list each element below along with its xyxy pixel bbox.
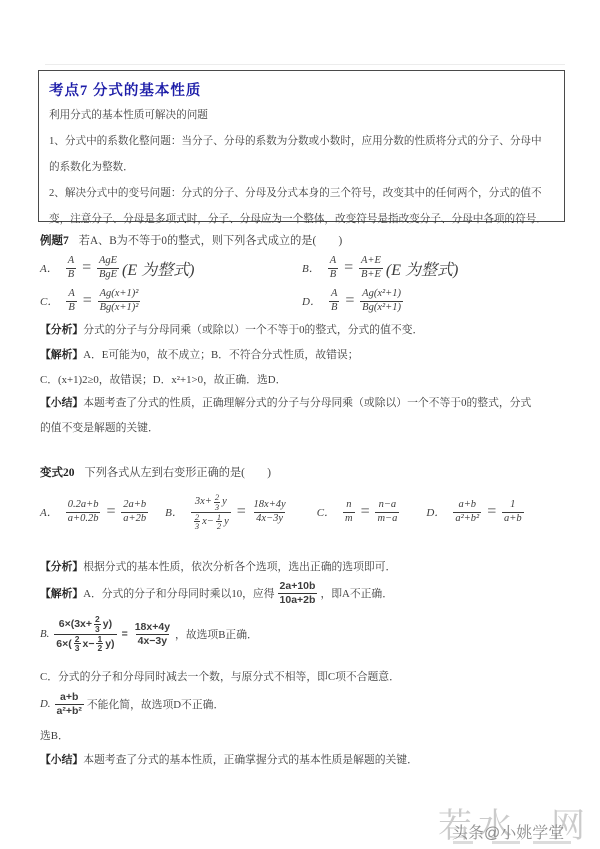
variation20-stem: 变式20下列各式从左到右变形正确的是( ) — [40, 465, 567, 481]
option-b-left-fraction: 3x+23y 23x−12y — [191, 493, 231, 532]
option-c-letter: C． — [40, 293, 58, 309]
equals-sign: = — [344, 292, 355, 310]
key-point-box: 考点7 分式的基本性质 利用分式的基本性质可解决的问题 1、分式中的系数化整问题… — [38, 70, 565, 222]
equals-sign: = — [105, 503, 116, 521]
variation20-option-d: D． a+ba²+b² = 1a+b — [426, 499, 526, 525]
example7-option-a: A． AB = AgEBgE (E 为整式) — [40, 255, 302, 281]
option-a-left-fraction: 0.2a+ba+0.2b — [66, 499, 101, 525]
variation20-option-c: C． nm = n−am−a — [317, 499, 403, 525]
variation20-summary: 【小结】本题考查了分式的基本性质，正确掌握分式的基本性质是解题的关键． — [40, 752, 567, 768]
key-point-title: 考点7 分式的基本性质 — [49, 79, 554, 100]
option-b-right-fraction: 18x+4y4x−3y — [252, 499, 288, 525]
option-c-right-fraction: Ag(x+1)²Bg(x+1)² — [98, 288, 141, 314]
example7-options-row2: C． AB = Ag(x+1)²Bg(x+1)² D． AB = Ag(x²+1… — [40, 284, 567, 318]
option-d-letter: D． — [426, 504, 445, 520]
watermark-small-text-3 — [533, 841, 571, 844]
option-b-left-fraction: AB — [328, 255, 338, 281]
example7-summary-line2: 的值不变是解题的关键． — [40, 420, 567, 436]
variation20-solution-b: B. 6×(3x+23y) 6×(23x−12y) = 18x+4y4x−3y … — [40, 607, 580, 661]
solution-b-left-fraction: 6×(3x+23y) 6×(23x−12y) — [54, 615, 116, 654]
equals-sign: = — [343, 259, 354, 277]
mini-fraction: 23 — [94, 615, 101, 634]
option-b-letter: B． — [165, 504, 183, 520]
solution-label: 【解析】 — [40, 349, 83, 361]
option-a-letter: A． — [40, 260, 58, 276]
summary-label: 【小结】 — [40, 397, 83, 409]
option-b-right-fraction: A+EB+E — [359, 255, 383, 281]
option-d-left-fraction: a+ba²+b² — [453, 499, 481, 525]
summary-label: 【小结】 — [40, 754, 83, 766]
option-a-right-fraction: AgEBgE — [97, 255, 119, 281]
option-d-right-fraction: 1a+b — [502, 499, 524, 525]
option-c-right-fraction: n−am−a — [375, 499, 399, 525]
option-d-letter: D． — [302, 293, 321, 309]
equals-sign: = — [486, 503, 497, 521]
example7-analysis: 【分析】分式的分子与分母同乘（或除以）一个不等于0的整式，分式的值不变． — [40, 322, 567, 338]
key-point-item1-line2: 的系数化为整数． — [49, 155, 554, 181]
option-c-left-fraction: nm — [343, 499, 355, 525]
option-a-letter: A． — [40, 504, 58, 520]
example7-stem-text: 若A、B为不等于0的整式，则下列各式成立的是( ) — [79, 235, 343, 247]
option-c-left-fraction: AB — [66, 288, 76, 314]
analysis-label: 【分析】 — [40, 561, 83, 573]
option-c-letter: C． — [317, 504, 335, 520]
solution-d-label: D. — [40, 698, 51, 710]
solution-b-right-fraction: 18x+4y4x−3y — [133, 621, 172, 647]
watermark-handle: 头条@小姚学堂 — [452, 820, 564, 843]
analysis-label: 【分析】 — [40, 324, 83, 336]
mini-fraction: 23 — [194, 513, 200, 532]
option-b-tail: (E 为整式) — [386, 257, 458, 280]
equals-sign: = — [81, 259, 92, 277]
document-page: 考点7 分式的基本性质 利用分式的基本性质可解决的问题 1、分式中的系数化整问题… — [0, 0, 600, 849]
solution-d-fraction: a+ba²+b² — [55, 691, 84, 717]
variation20-stem-text: 下列各式从左到右变形正确的是( ) — [85, 467, 271, 479]
variation20-label: 变式20 — [40, 467, 75, 479]
example7-stem: 例题7若A、B为不等于0的整式，则下列各式成立的是( ) — [40, 233, 567, 249]
key-point-item1-line1: 1、分式中的系数化整问题：当分子、分母的系数为分数或小数时，应用分数的性质将分式… — [49, 129, 554, 155]
solution-b-label: B. — [40, 628, 49, 640]
solution-a-fraction: 2a+10b10a+2b — [278, 580, 318, 606]
example7-option-c: C． AB = Ag(x+1)²Bg(x+1)² — [40, 288, 302, 314]
equals-sign: = — [122, 628, 128, 640]
example7-label: 例题7 — [40, 235, 69, 247]
equals-sign: = — [82, 292, 93, 310]
variation20-analysis: 【分析】根据分式的基本性质，依次分析各个选项，选出正确的选项即可． — [40, 559, 567, 575]
option-b-letter: B． — [302, 260, 320, 276]
variation20-choose: 选B． — [40, 728, 567, 744]
example7-options-row1: A． AB = AgEBgE (E 为整式) B． AB = A+EB+E (E… — [40, 252, 567, 284]
option-d-right-fraction: Ag(x²+1)Bg(x²+1) — [360, 288, 403, 314]
variation20-options-row: A． 0.2a+ba+0.2b = 2a+ba+2b B． 3x+23y 23x… — [40, 481, 567, 543]
option-d-left-fraction: AB — [329, 288, 339, 314]
watermark-small-text-2 — [492, 841, 520, 844]
variation20-solution-d: D. a+ba²+b² 不能化简，故选项D不正确． — [40, 686, 580, 722]
watermark-small-text-1 — [453, 841, 473, 844]
example7-solution-line1: 【解析】A．E可能为0，故不成立；B．不符合分式性质，故错误； — [40, 347, 567, 363]
mini-fraction: 23 — [214, 493, 220, 512]
solution-label: 【解析】 — [40, 586, 83, 601]
example7-option-b: B． AB = A+EB+E (E 为整式) — [302, 255, 458, 281]
key-point-item2-line2: 变，注意分子、分母是多项式时，分子、分母应为一个整体，改变符号是指改变分子、分母… — [49, 207, 554, 233]
example7-solution-line2: C．(x+1)2≥0，故错误；D．x²+1>0，故正确．选D． — [40, 372, 567, 388]
key-point-intro: 利用分式的基本性质可解决的问题 — [49, 103, 554, 129]
key-point-item2-line1: 2、解决分式中的变号问题：分式的分子、分母及分式本身的三个符号，改变其中的任何两… — [49, 181, 554, 207]
variation20-solution-a: 【解析】 A．分式的分子和分母同时乘以10，应得 2a+10b10a+2b ，即… — [40, 577, 580, 609]
variation20-option-a: A． 0.2a+ba+0.2b = 2a+ba+2b — [40, 499, 151, 525]
page-top-divider — [45, 64, 565, 65]
option-a-tail: (E 为整式) — [122, 257, 194, 280]
option-a-right-fraction: 2a+ba+2b — [121, 499, 148, 525]
example7-option-d: D． AB = Ag(x²+1)Bg(x²+1) — [302, 288, 406, 314]
equals-sign: = — [236, 503, 247, 521]
equals-sign: = — [360, 503, 371, 521]
mini-fraction: 23 — [74, 635, 81, 654]
variation20-option-b: B． 3x+23y 23x−12y = 18x+4y4x−3y — [165, 493, 291, 532]
mini-fraction: 12 — [216, 513, 222, 532]
example7-summary-line1: 【小结】本题考查了分式的性质，正确理解分式的分子与分母同乘（或除以）一个不等于0… — [40, 395, 567, 411]
variation20-solution-c: C．分式的分子和分母同时减去一个数，与原分式不相等，即C项不合题意． — [40, 669, 567, 685]
option-a-left-fraction: AB — [66, 255, 76, 281]
mini-fraction: 12 — [96, 635, 103, 654]
